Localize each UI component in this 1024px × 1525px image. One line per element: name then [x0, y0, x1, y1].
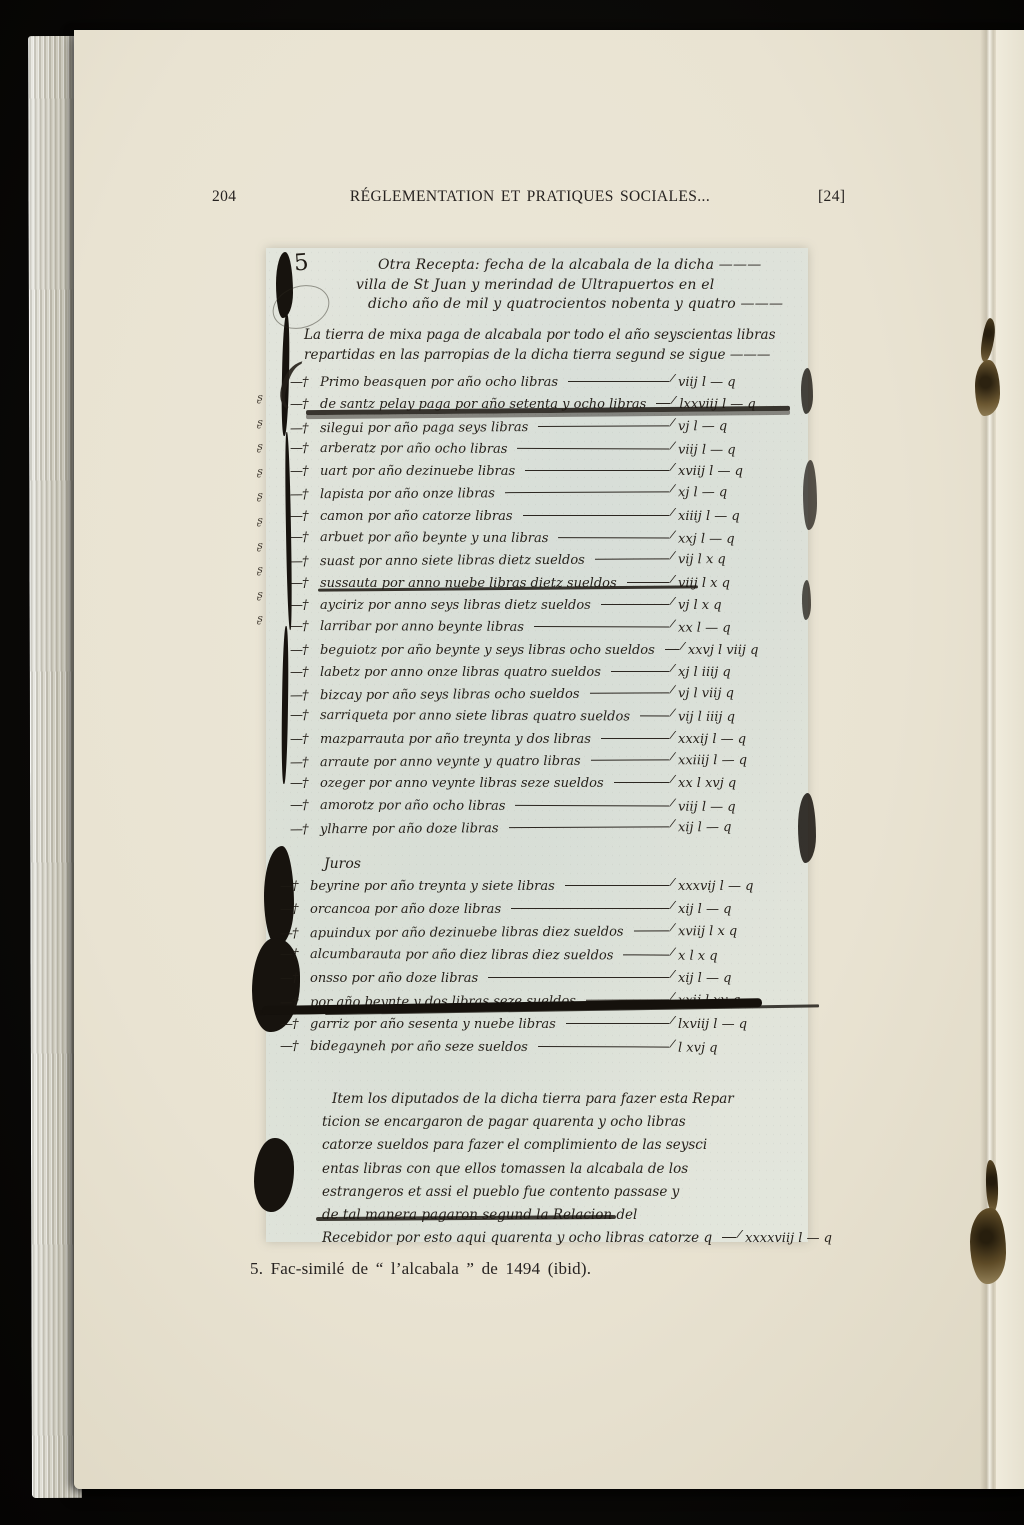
- juros-ledger: —†beyrine por año treynta y siete libras…: [280, 879, 796, 1063]
- dash-rule: [595, 559, 669, 560]
- cross-mark: —†: [290, 776, 320, 791]
- cross-mark: —†: [290, 732, 320, 747]
- ledger-row: —†por año beynte y dos libras seze sueld…: [280, 993, 796, 1019]
- figure-number-handwritten: 5: [293, 250, 309, 277]
- cross-mark: —†: [280, 1039, 310, 1054]
- amount: xxxij l — q: [678, 732, 796, 747]
- ledger-row: —†lapista por año onze librasxj l — q: [290, 485, 796, 510]
- closing-line: catorze sueldos para fazer el complimien…: [322, 1134, 782, 1157]
- dash-rule: [589, 692, 669, 693]
- amount: xviij l x q: [678, 924, 796, 940]
- ledger-row: —†alcumbarauta por año diez libras diez …: [280, 947, 796, 972]
- ledger-row: —†amorotz por año ocho librasviij l — q: [290, 798, 796, 823]
- ledger-row: —†bidegayneh por año seze sueldosl xvj q: [280, 1039, 796, 1064]
- cross-mark: —†: [280, 995, 310, 1010]
- amount: viij l — q: [678, 442, 796, 458]
- cross-mark: —†: [290, 555, 320, 570]
- closing-line-struck: de tal manera pagaron segund la Relacion…: [322, 1204, 782, 1227]
- ledger-row: —†garriz por año sesenta y nuebe librasl…: [280, 1017, 796, 1040]
- cross-mark: —†: [280, 926, 310, 941]
- amount: vj l — q: [678, 418, 796, 434]
- amount: xj l iiij q: [678, 665, 796, 680]
- cross-mark: —†: [290, 375, 320, 390]
- amount: vij l x q: [678, 552, 796, 568]
- cross-mark: —†: [280, 879, 310, 894]
- heading-line: dicho año de mil y quatrocientos nobenta…: [368, 295, 783, 315]
- amount: vj l viij q: [678, 686, 796, 702]
- dash-rule: [601, 738, 669, 739]
- dash-rule: [634, 930, 669, 931]
- dash-rule: [722, 1237, 736, 1238]
- closing-line: Item los diputados de la dicha tierra pa…: [322, 1088, 782, 1111]
- parish-ledger: —†Primo beasquen por año ocho librasviij…: [290, 375, 796, 843]
- running-title: RÉGLEMENTATION ET PRATIQUES SOCIALES...: [74, 188, 986, 206]
- dash-rule: [656, 403, 670, 404]
- cross-mark: —†: [290, 397, 320, 412]
- cross-mark: —†: [280, 947, 310, 962]
- amount: xxij l xv q: [678, 993, 796, 1009]
- binding-stain: [970, 1208, 1006, 1284]
- ledger-row: —†ylharre por año doze librasxij l — q: [290, 820, 796, 845]
- ledger-row: —†mazparrauta por año treynta y dos libr…: [290, 732, 796, 754]
- dash-rule: [488, 977, 669, 978]
- ledger-row: —†sarriqueta por anno siete libras quatr…: [290, 708, 796, 733]
- ledger-row: —†Primo beasquen por año ocho librasviij…: [290, 375, 796, 397]
- amount: xj l — q: [678, 485, 796, 501]
- amount: x l x q: [678, 949, 796, 965]
- ledger-row: —†uart por año dezinuebe librasxviij l —…: [290, 464, 796, 486]
- intro-line: La tierra de mixa paga de alcabala por t…: [304, 325, 776, 345]
- closing-line: ticion se encargaron de pagar quarenta y…: [322, 1111, 782, 1134]
- cross-mark: —†: [290, 798, 320, 813]
- dash-rule: [517, 448, 669, 450]
- ledger-row: —†suast por anno siete libras dietz suel…: [290, 552, 796, 577]
- cross-mark: —†: [290, 576, 320, 591]
- dash-rule: [566, 1023, 669, 1024]
- ledger-row: —†arraute por anno veynte y quatro libra…: [290, 753, 796, 778]
- ledger-row: —†bizcay por año seys libras ocho sueldo…: [290, 686, 796, 711]
- dash-rule: [640, 716, 669, 717]
- cross-mark: —†: [280, 902, 310, 917]
- ledger-row: —†beyrine por año treynta y siete libras…: [280, 879, 796, 902]
- cross-mark: —†: [290, 509, 320, 524]
- dash-rule: [523, 515, 669, 516]
- cross-mark: —†: [290, 643, 320, 658]
- cross-mark: —†: [290, 464, 320, 479]
- facsimile-manuscript: 5 ( ʂ ʂ ʂ ʂ ʂ ʂ ʂ ʂ ʂ ʂ Otra Recepta: fe…: [266, 248, 808, 1242]
- amount: xx l — q: [678, 621, 796, 637]
- binding-stain: [975, 360, 1000, 416]
- amount: viij l — q: [678, 375, 796, 390]
- amount: l xvj q: [678, 1041, 796, 1057]
- amount: xxj l — q: [678, 532, 796, 548]
- ledger-row: —†de santz pelay paga por año setenta y …: [290, 397, 796, 419]
- ledger-row: —†onsso por año doze librasxij l — q: [280, 971, 796, 994]
- heading-line: villa de St Juan y merindad de Ultrapuer…: [356, 276, 783, 296]
- dash-rule: [627, 582, 669, 583]
- ink-blotch: [802, 580, 811, 620]
- book-page: 204 RÉGLEMENTATION ET PRATIQUES SOCIALES…: [74, 30, 1024, 1489]
- dash-rule: [665, 649, 679, 650]
- cross-mark: —†: [290, 755, 320, 770]
- dash-rule: [538, 425, 669, 427]
- closing-paragraph: Item los diputados de la dicha tierra pa…: [322, 1088, 782, 1250]
- ledger-row: —†apuindux por año dezinuebe libras diez…: [280, 924, 796, 950]
- ledger-row: —†larribar por anno beynte librasxx l — …: [290, 619, 796, 644]
- juros-section-label: Juros: [324, 856, 361, 872]
- ledger-row: —†arbuet por año beynte y una librasxxj …: [290, 530, 796, 555]
- amount: vij l iiij q: [678, 710, 796, 726]
- dash-rule: [586, 999, 669, 1000]
- ledger-row: —†ayciriz por anno seys libras dietz sue…: [290, 598, 796, 620]
- amount: xiiij l — q: [678, 509, 796, 524]
- folio-reference: [24]: [818, 188, 845, 206]
- figure-caption: 5. Fac-similé de “ l’alcabala ” de 1494 …: [250, 1259, 591, 1279]
- margin-marks: ʂ ʂ ʂ ʂ ʂ ʂ ʂ ʂ ʂ ʂ: [257, 388, 263, 629]
- amount: viij l x q: [678, 576, 796, 591]
- dash-rule: [614, 782, 669, 783]
- amount: xviij l — q: [678, 464, 796, 479]
- amount: xij l — q: [678, 971, 796, 986]
- manuscript-heading: Otra Recepta: fecha de la alcabala de la…: [378, 256, 783, 315]
- ledger-row: —†labetz por anno onze libras quatro sue…: [290, 665, 796, 687]
- cross-mark: —†: [280, 971, 310, 986]
- ledger-row: —†beguiotz por año beynte y seys libras …: [290, 643, 796, 665]
- amount: xxvj l viij q: [688, 643, 806, 658]
- ink-blotch: [801, 368, 813, 414]
- ink-blotch: [798, 793, 816, 863]
- cross-mark: —†: [290, 688, 320, 703]
- amount: xxxxviij l — q: [745, 1227, 875, 1250]
- ledger-row: —†silegui por año paga seys librasvj l —…: [290, 418, 796, 443]
- dash-rule: [565, 885, 669, 886]
- closing-line: estrangeros et assi el pueblo fue conten…: [322, 1181, 782, 1204]
- amount: lxxviij l — q: [679, 397, 797, 412]
- ink-blotch: [281, 626, 289, 784]
- cross-mark: —†: [290, 619, 320, 634]
- ledger-row: —†arberatz por año ocho librasviij l — q: [290, 441, 796, 466]
- amount: lxviij l — q: [678, 1017, 796, 1032]
- amount: xxiiij l — q: [678, 753, 796, 769]
- closing-final-line: Recebidor por esto aqui quarenta y ocho …: [322, 1227, 782, 1250]
- dash-rule: [534, 626, 669, 628]
- cross-mark: —†: [290, 421, 320, 436]
- dash-rule: [568, 381, 669, 382]
- amount: xx l xvj q: [678, 776, 796, 791]
- cross-mark: —†: [290, 441, 320, 456]
- cross-mark: —†: [290, 530, 320, 545]
- cross-mark: —†: [290, 822, 320, 837]
- dash-rule: [525, 470, 669, 471]
- amount: vj l x q: [678, 598, 796, 613]
- heading-line: Otra Recepta: fecha de la alcabala de la…: [378, 256, 783, 276]
- ledger-row: —†camon por año catorze librasxiiij l — …: [290, 509, 796, 531]
- dash-rule: [538, 1046, 669, 1048]
- amount: xij l — q: [678, 902, 796, 917]
- ink-blotch: [803, 460, 817, 530]
- manuscript-intro: La tierra de mixa paga de alcabala por t…: [304, 325, 776, 365]
- dash-rule: [623, 954, 669, 955]
- cross-mark: —†: [290, 665, 320, 680]
- ink-blotch: [254, 1138, 294, 1212]
- dash-rule: [515, 805, 669, 807]
- closing-line: entas libras con que ellos tomassen la a…: [322, 1158, 782, 1181]
- cross-mark: —†: [290, 708, 320, 723]
- dash-rule: [505, 492, 669, 494]
- cross-mark: —†: [280, 1017, 310, 1032]
- cross-mark: —†: [290, 598, 320, 613]
- dash-rule: [591, 759, 669, 760]
- amount: xxxvij l — q: [678, 879, 796, 894]
- dash-rule: [611, 671, 669, 672]
- ledger-row: —†orcancoa por año doze librasxij l — q: [280, 902, 796, 925]
- running-header: 204 RÉGLEMENTATION ET PRATIQUES SOCIALES…: [74, 188, 986, 212]
- book-photo: 204 RÉGLEMENTATION ET PRATIQUES SOCIALES…: [0, 0, 1024, 1525]
- amount: xij l — q: [678, 820, 796, 836]
- ledger-row: —†sussauta por anno nuebe libras dietz s…: [290, 576, 796, 598]
- intro-line: repartidas en las parropias de la dicha …: [304, 345, 776, 365]
- dash-rule: [601, 604, 669, 605]
- amount: viij l — q: [678, 799, 796, 815]
- cross-mark: —†: [290, 488, 320, 503]
- dash-rule: [511, 908, 669, 909]
- dash-rule: [558, 537, 669, 538]
- dash-rule: [509, 826, 669, 828]
- ledger-row: —†ozeger por anno veynte libras seze sue…: [290, 776, 796, 798]
